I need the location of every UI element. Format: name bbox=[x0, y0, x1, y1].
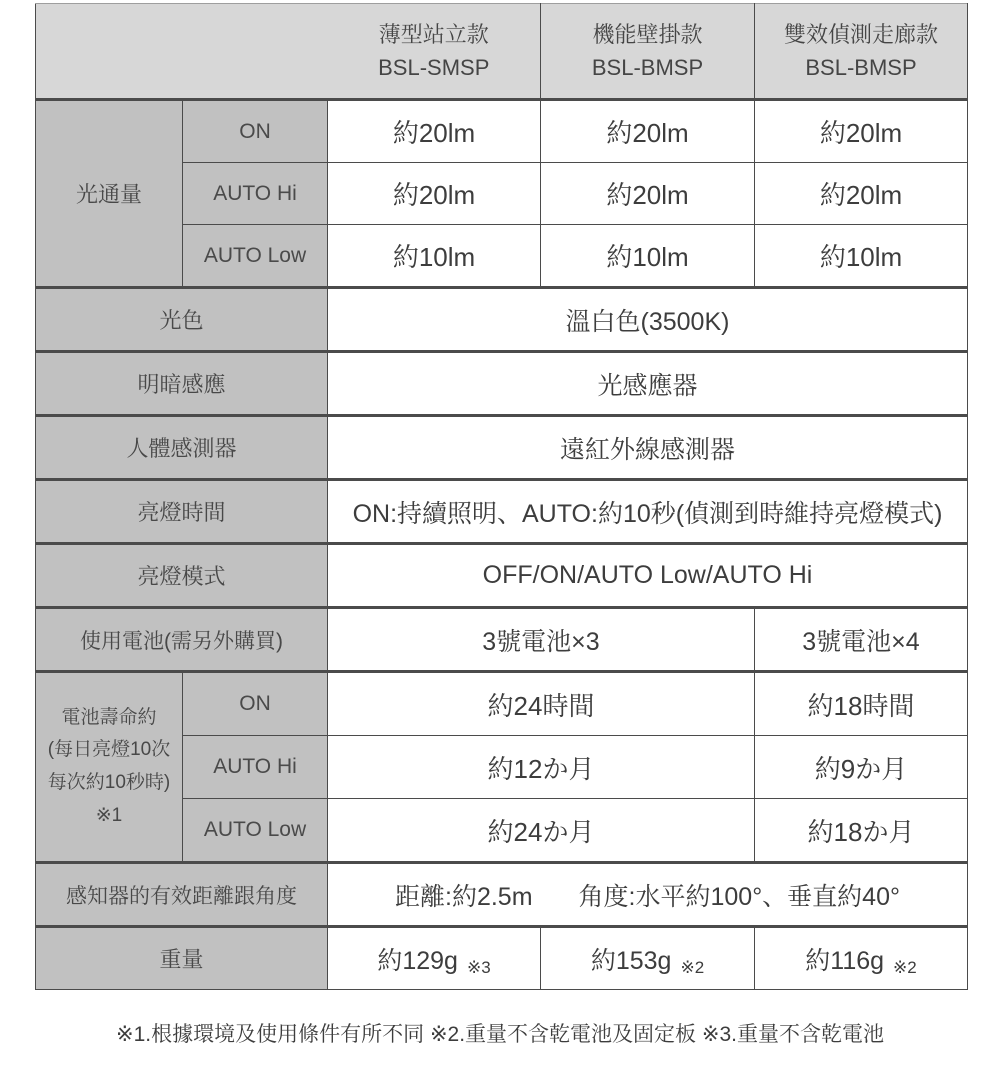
light-sensor-value: 光感應器 bbox=[328, 352, 968, 416]
weight-value: 約129g bbox=[377, 947, 458, 975]
light-color-row: 光色 溫白色(3500K) bbox=[36, 288, 968, 352]
light-mode-value: OFF/ON/AUTO Low/AUTO Hi bbox=[328, 544, 968, 608]
light-mode-row: 亮燈模式 OFF/ON/AUTO Low/AUTO Hi bbox=[36, 544, 968, 608]
product-model: BSL-BMSP bbox=[545, 51, 750, 84]
product-model: BSL-SMSP bbox=[332, 51, 537, 84]
product-name: 機能壁掛款 bbox=[545, 18, 750, 51]
light-sensor-row: 明暗感應 光感應器 bbox=[36, 352, 968, 416]
weight-col3: 約116g※2 bbox=[755, 927, 968, 990]
flux-autohi-col1: 約20lm bbox=[328, 163, 541, 225]
light-sensor-label: 明暗感應 bbox=[36, 352, 328, 416]
weight-value: 約116g bbox=[805, 947, 884, 975]
weight-label: 重量 bbox=[36, 927, 328, 990]
battery-life-label-line4: ※1 bbox=[38, 800, 180, 833]
flux-autolow-col3: 約10lm bbox=[755, 225, 968, 288]
battery-value-right: 3號電池×4 bbox=[755, 608, 968, 672]
flux-autohi-col3: 約20lm bbox=[755, 163, 968, 225]
battery-value-left: 3號電池×3 bbox=[328, 608, 755, 672]
weight-note: ※2 bbox=[680, 958, 704, 977]
battery-life-autohi-left: 約12か月 bbox=[328, 736, 755, 799]
flux-on-col1: 約20lm bbox=[328, 100, 541, 163]
battery-life-autolow-left: 約24か月 bbox=[328, 799, 755, 863]
body-sensor-label: 人體感測器 bbox=[36, 416, 328, 480]
product-name: 薄型站立款 bbox=[332, 18, 537, 51]
weight-note: ※2 bbox=[893, 958, 917, 977]
product-model: BSL-BMSP bbox=[759, 51, 963, 84]
battery-row: 使用電池(需另外購買) 3號電池×3 3號電池×4 bbox=[36, 608, 968, 672]
product-header-3: 雙效偵測走廊款 BSL-BMSP bbox=[755, 4, 968, 100]
mode-label-on: ON bbox=[183, 100, 328, 163]
sensor-range-row: 感知器的有效距離跟角度 距離:約2.5m 角度:水平約100°、垂直約40° bbox=[36, 863, 968, 927]
mode-label-autolow: AUTO Low bbox=[183, 225, 328, 288]
header-row: 薄型站立款 BSL-SMSP 機能壁掛款 BSL-BMSP 雙效偵測走廊款 BS… bbox=[36, 4, 968, 100]
battery-life-on-right: 約18時間 bbox=[755, 672, 968, 736]
light-color-label: 光色 bbox=[36, 288, 328, 352]
spec-comparison-table: 薄型站立款 BSL-SMSP 機能壁掛款 BSL-BMSP 雙效偵測走廊款 BS… bbox=[35, 3, 968, 990]
product-name: 雙效偵測走廊款 bbox=[759, 18, 963, 51]
body-sensor-row: 人體感測器 遠紅外線感測器 bbox=[36, 416, 968, 480]
sensor-angle: 角度:水平約100°、垂直約40° bbox=[579, 877, 900, 913]
battery-life-on-left: 約24時間 bbox=[328, 672, 755, 736]
weight-row: 重量 約129g※3 約153g※2 約116g※2 bbox=[36, 927, 968, 990]
product-header-2: 機能壁掛款 BSL-BMSP bbox=[541, 4, 755, 100]
mode-label-autohi: AUTO Hi bbox=[183, 163, 328, 225]
light-duration-label: 亮燈時間 bbox=[36, 480, 328, 544]
battery-label: 使用電池(需另外購買) bbox=[36, 608, 328, 672]
light-mode-label: 亮燈模式 bbox=[36, 544, 328, 608]
luminous-flux-label: 光通量 bbox=[36, 100, 183, 288]
light-color-value: 溫白色(3500K) bbox=[328, 288, 968, 352]
battery-life-label-line2: (每日亮燈10次 bbox=[38, 734, 180, 767]
mode-label-on: ON bbox=[183, 672, 328, 736]
light-duration-row: 亮燈時間 ON:持續照明、AUTO:約10秒(偵測到時維持亮燈模式) bbox=[36, 480, 968, 544]
flux-on-col2: 約20lm bbox=[541, 100, 755, 163]
sensor-distance: 距離:約2.5m bbox=[395, 877, 533, 913]
flux-autolow-col2: 約10lm bbox=[541, 225, 755, 288]
battery-life-autolow-right: 約18か月 bbox=[755, 799, 968, 863]
mode-label-autolow: AUTO Low bbox=[183, 799, 328, 863]
weight-note: ※3 bbox=[467, 958, 491, 977]
luminous-flux-on-row: 光通量 ON 約20lm 約20lm 約20lm bbox=[36, 100, 968, 163]
battery-life-on-row: 電池壽命約 (每日亮燈10次 每次約10秒時) ※1 ON 約24時間 約18時… bbox=[36, 672, 968, 736]
footnote: ※1.根據環境及使用條件有所不同 ※2.重量不含乾電池及固定板 ※3.重量不含乾… bbox=[0, 1018, 1000, 1048]
weight-value: 約153g bbox=[591, 947, 672, 975]
weight-col1: 約129g※3 bbox=[328, 927, 541, 990]
product-header-1: 薄型站立款 BSL-SMSP bbox=[328, 4, 541, 100]
battery-life-label-line1: 電池壽命約 bbox=[38, 702, 180, 735]
corner-cell bbox=[36, 4, 328, 100]
sensor-range-value: 距離:約2.5m 角度:水平約100°、垂直約40° bbox=[328, 863, 968, 927]
battery-life-label-line3: 每次約10秒時) bbox=[38, 767, 180, 800]
sensor-range-label: 感知器的有效距離跟角度 bbox=[36, 863, 328, 927]
weight-col2: 約153g※2 bbox=[541, 927, 755, 990]
mode-label-autohi: AUTO Hi bbox=[183, 736, 328, 799]
light-duration-value: ON:持續照明、AUTO:約10秒(偵測到時維持亮燈模式) bbox=[328, 480, 968, 544]
flux-autolow-col1: 約10lm bbox=[328, 225, 541, 288]
flux-autohi-col2: 約20lm bbox=[541, 163, 755, 225]
body-sensor-value: 遠紅外線感測器 bbox=[328, 416, 968, 480]
battery-life-label: 電池壽命約 (每日亮燈10次 每次約10秒時) ※1 bbox=[36, 672, 183, 863]
battery-life-autohi-right: 約9か月 bbox=[755, 736, 968, 799]
flux-on-col3: 約20lm bbox=[755, 100, 968, 163]
